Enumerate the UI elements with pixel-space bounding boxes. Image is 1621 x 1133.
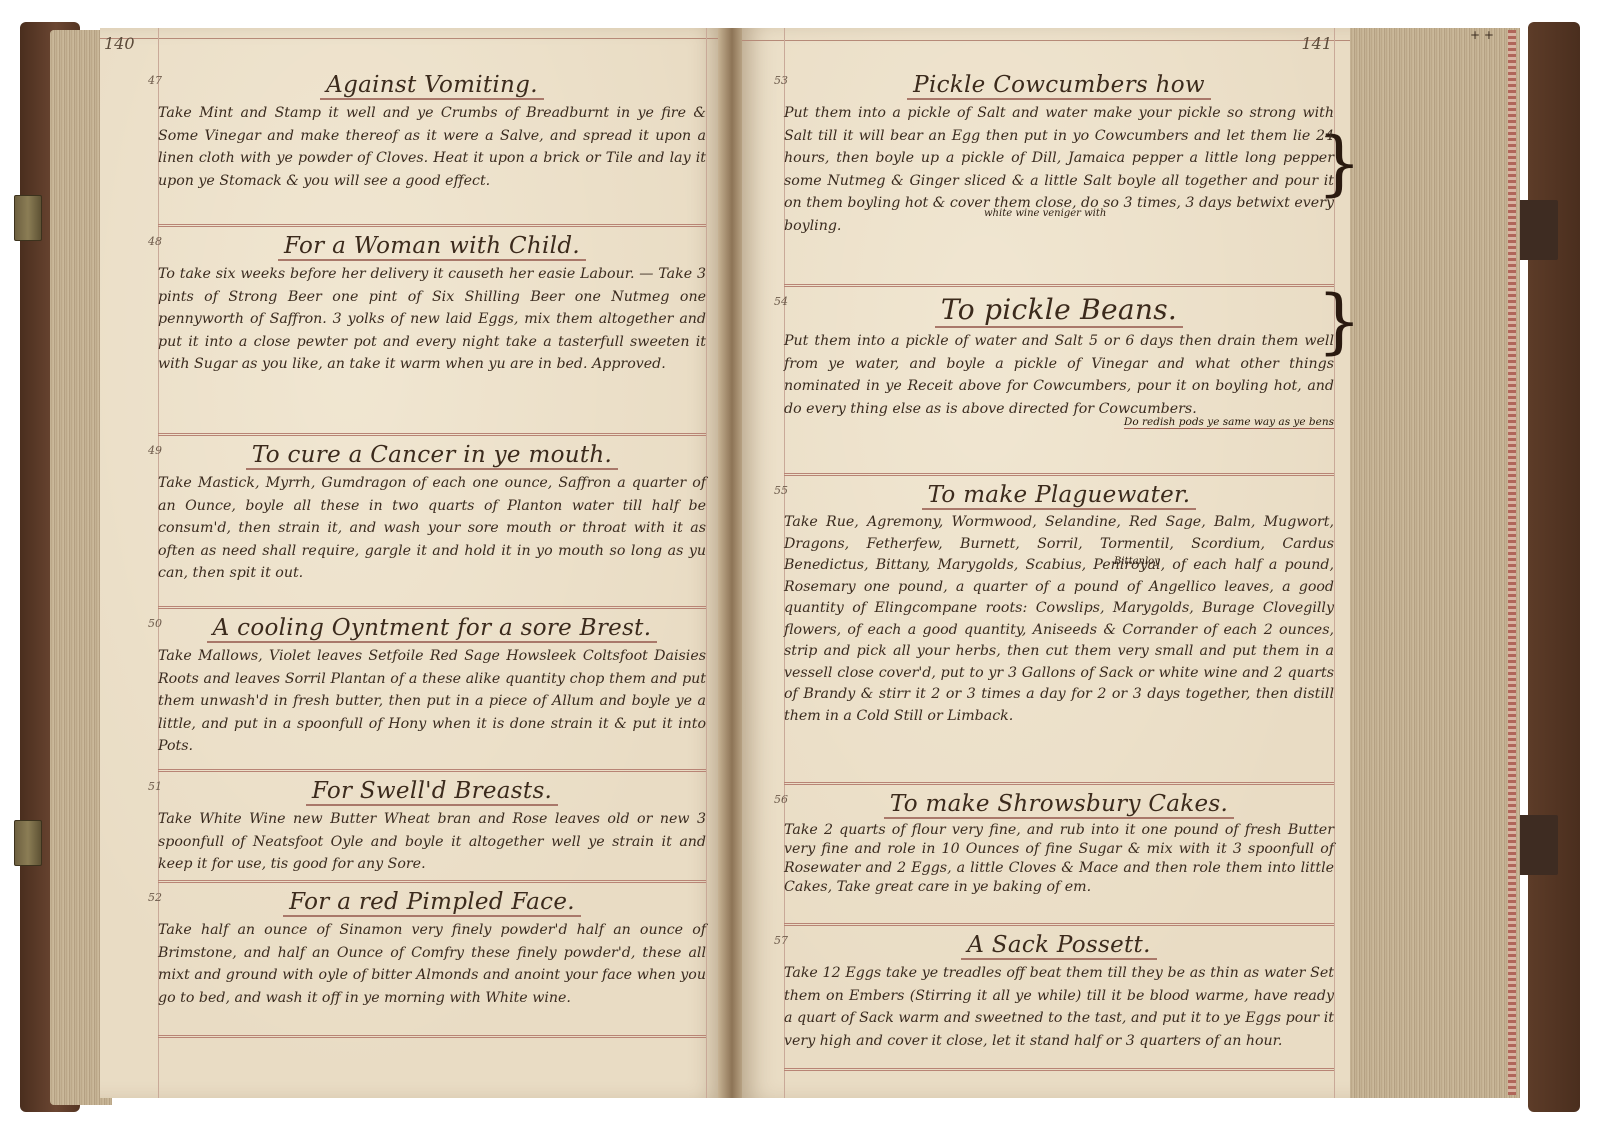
recipe-number: 47 — [148, 74, 162, 87]
recipe-body: To take six weeks before her delivery it… — [158, 263, 706, 376]
page-edges-right — [1350, 28, 1520, 1098]
recipe-body: Take Mint and Stamp it well and ye Crumb… — [158, 102, 706, 192]
recipe-entry: 57 A Sack Possett. Take 12 Eggs take ye … — [784, 926, 1334, 1071]
recipe-entry: 52 For a red Pimpled Face. Take half an … — [158, 883, 706, 1038]
recipe-title: For Swell'd Breasts. — [158, 778, 706, 804]
recipe-entry: 56 To make Shrowsbury Cakes. Take 2 quar… — [784, 785, 1334, 926]
recipe-entry: 55 To make Plaguewater. Bittanloy Take R… — [784, 476, 1334, 785]
top-rule — [742, 40, 1350, 41]
recipe-entry: 54 To pickle Beans. Put them into a pick… — [784, 287, 1334, 476]
recipe-number: 56 — [774, 793, 788, 806]
recipe-body: Take Mastick, Myrrh, Gumdragon of each o… — [158, 472, 706, 585]
top-rule — [100, 38, 722, 39]
interlinear-note: Bittanloy — [1114, 556, 1160, 567]
recipe-entry: 53 Pickle Cowcumbers how white wine veni… — [784, 66, 1334, 287]
fore-edge-mark: + + — [1470, 28, 1494, 42]
recipe-number: 48 — [148, 235, 162, 248]
recipe-body: Take 12 Eggs take ye treadles off beat t… — [784, 962, 1334, 1052]
recipe-number: 54 — [774, 295, 788, 308]
right-recipe-list: 53 Pickle Cowcumbers how white wine veni… — [784, 66, 1334, 1071]
folio-number: 141 — [1301, 34, 1332, 53]
clasp-catch-bottom-left-icon — [14, 820, 42, 866]
recipe-title: A cooling Oyntment for a sore Brest. — [158, 615, 706, 641]
recipe-title: For a Woman with Child. — [158, 233, 706, 259]
recipe-number: 53 — [774, 74, 788, 87]
recipe-body: Take Mallows, Violet leaves Setfoile Red… — [158, 645, 706, 758]
recipe-number: 49 — [148, 444, 162, 457]
left-recipe-list: 47 Against Vomiting. Take Mint and Stamp… — [158, 66, 706, 1038]
sprinkled-red-edge — [1508, 30, 1516, 1095]
leather-cover-right — [1528, 22, 1580, 1112]
recipe-body: Take half an ounce of Sinamon very finel… — [158, 919, 706, 1009]
recipe-entry: 48 For a Woman with Child. To take six w… — [158, 227, 706, 436]
recipe-number: 55 — [774, 484, 788, 497]
recipe-body: Take 2 quarts of flour very fine, and ru… — [784, 821, 1334, 897]
recipe-title: Against Vomiting. — [158, 72, 706, 98]
interlinear-note: white wine veniger with — [984, 208, 1106, 219]
recipe-entry: 47 Against Vomiting. Take Mint and Stamp… — [158, 66, 706, 227]
margin-rule-outer — [706, 28, 707, 1098]
recipe-entry: 51 For Swell'd Breasts. Take White Wine … — [158, 772, 706, 883]
recipe-title: A Sack Possett. — [784, 932, 1334, 958]
recipe-entry: 49 To cure a Cancer in ye mouth. Take Ma… — [158, 436, 706, 609]
recipe-title: To make Shrowsbury Cakes. — [784, 791, 1334, 817]
recipe-entry: 50 A cooling Oyntment for a sore Brest. … — [158, 609, 706, 772]
clasp-catch-top-left-icon — [14, 195, 42, 241]
recipe-number: 50 — [148, 617, 162, 630]
recipe-title: For a red Pimpled Face. — [158, 889, 706, 915]
recipe-title: To make Plaguewater. — [784, 482, 1334, 508]
folio-number: 140 — [104, 34, 135, 53]
recipe-body: Put them into a pickle of water and Salt… — [784, 330, 1334, 420]
recipe-title: To cure a Cancer in ye mouth. — [158, 442, 706, 468]
recipe-body: Take Rue, Agremony, Wormwood, Selandine,… — [784, 512, 1334, 727]
recipe-body: Take White Wine new Butter Wheat bran an… — [158, 808, 706, 876]
left-page: 140 47 Against Vomiting. Take Mint and S… — [100, 28, 722, 1098]
recipe-number: 52 — [148, 891, 162, 904]
recipe-number: 57 — [774, 934, 788, 947]
recipe-title: Pickle Cowcumbers how — [784, 72, 1334, 98]
right-page: 141 } } 53 Pickle Cowcumbers how white w… — [742, 28, 1350, 1098]
recipe-number: 51 — [148, 780, 162, 793]
recipe-title: To pickle Beans. — [784, 293, 1334, 326]
